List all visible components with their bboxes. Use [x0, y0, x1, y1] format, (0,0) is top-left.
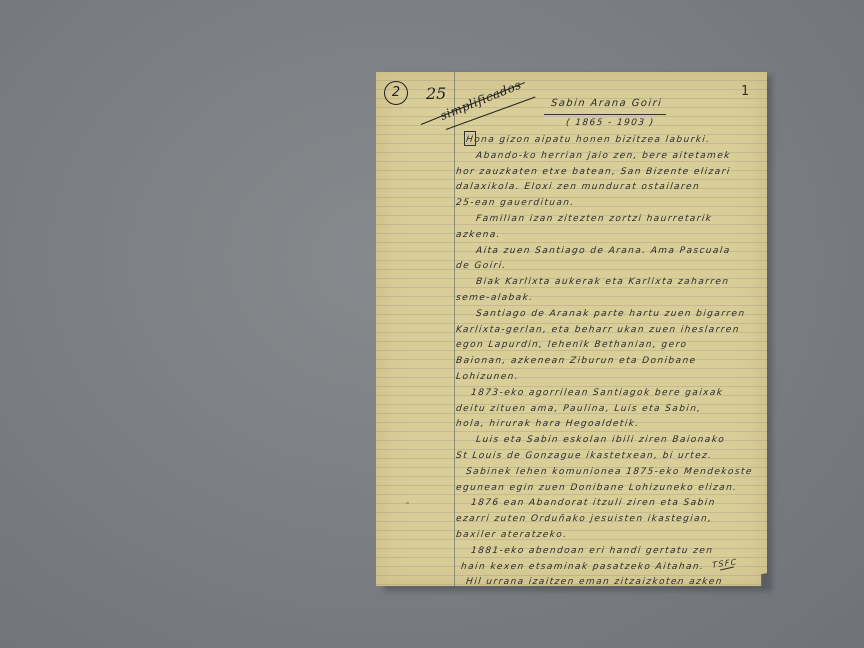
page-number: 1	[741, 84, 749, 99]
margin-annotation-number: 25	[426, 84, 446, 103]
manuscript-line: de Goiri.	[455, 261, 507, 271]
margin-rule	[454, 72, 455, 586]
manuscript-line: 1881-eko abendoan eri handi gertatu zen	[470, 546, 713, 556]
paper-speck	[676, 582, 679, 584]
manuscript-line: ezarri zuten Orduñako jesuisten ikastegi…	[455, 514, 712, 524]
manuscript-line: Biak Karlixta aukerak eta Karlixta zahar…	[475, 277, 729, 287]
paper-speck	[406, 502, 409, 504]
manuscript-page: 2 1 25 simplificados Sabin Arana Goiri (…	[376, 72, 767, 586]
manuscript-line: Familian izan zitezten zortzi haurretari…	[475, 214, 712, 224]
document-title: Sabin Arana Goiri	[550, 98, 662, 109]
manuscript-line: Aita zuen Santiago de Arana. Ama Pascual…	[475, 246, 731, 256]
manuscript-line: zien onhartzen zuenetz mundu hunkenik	[460, 609, 697, 619]
manuscript-line: egunean egin zuen Donibane Lohizuneko el…	[455, 483, 737, 493]
manuscript-line: 25-ean gauerdituan.	[455, 198, 575, 208]
manuscript-line: seme-alabak.	[455, 293, 533, 303]
manuscript-line: 1873-eko agorrilean Santiagok bere gaixa…	[470, 388, 723, 398]
manuscript-line: Karlixta-gerlan, eta beharr ukan zuen ih…	[455, 325, 740, 335]
manuscript-line: Santiago de Aranak parte hartu zuen biga…	[475, 309, 745, 319]
manuscript-line: baxiler ateratzeko.	[455, 530, 567, 540]
manuscript-line: deitu zituen ama, Paulina, Luis eta Sabi…	[455, 404, 702, 414]
manuscript-line: 1876 ean Abandorat itzuli ziren eta Sabi…	[470, 498, 716, 508]
manuscript-line: dalaxikola. Eloxi zen mundurat ostailare…	[455, 182, 700, 192]
manuscript-line: hor zauzkaten etxe batean, San Bizente e…	[455, 167, 731, 177]
document-dates: ( 1865 - 1903 )	[565, 118, 655, 128]
manuscript-line: hain kexen etsaminak pasatzeko Aitahan.	[460, 562, 704, 572]
manuscript-line: egon Lapurdin, lehenik Bethanian, gero	[455, 340, 687, 350]
manuscript-line: Hona gizon aipatu honen bizitzea laburki…	[465, 135, 710, 145]
manuscript-line: sakramenduak. Aita handiak galdetu	[460, 593, 675, 603]
circled-page-number: 2	[384, 81, 408, 105]
manuscript-line: azkena.	[455, 230, 501, 240]
manuscript-line: Sabinek lehen komunionea 1875-eko Mendek…	[465, 467, 753, 477]
manuscript-line: hola, hirurak hara Hegoaldetik.	[455, 419, 639, 429]
manuscript-line: Hil urrana izaitzen eman zitzaizkoten az…	[465, 577, 723, 587]
manuscript-line: Lohizunen.	[455, 372, 519, 382]
manuscript-line: St Louis de Gonzague ikastetxean, bi urt…	[455, 451, 712, 461]
manuscript-line: Abando-ko herrian jaio zen, bere aitetam…	[475, 151, 731, 161]
manuscript-line: Baionan, azkenean Ziburun eta Donibane	[455, 356, 697, 366]
title-underline	[544, 114, 666, 115]
manuscript-line: Luis eta Sabin eskolan ibili ziren Baion…	[475, 435, 725, 445]
